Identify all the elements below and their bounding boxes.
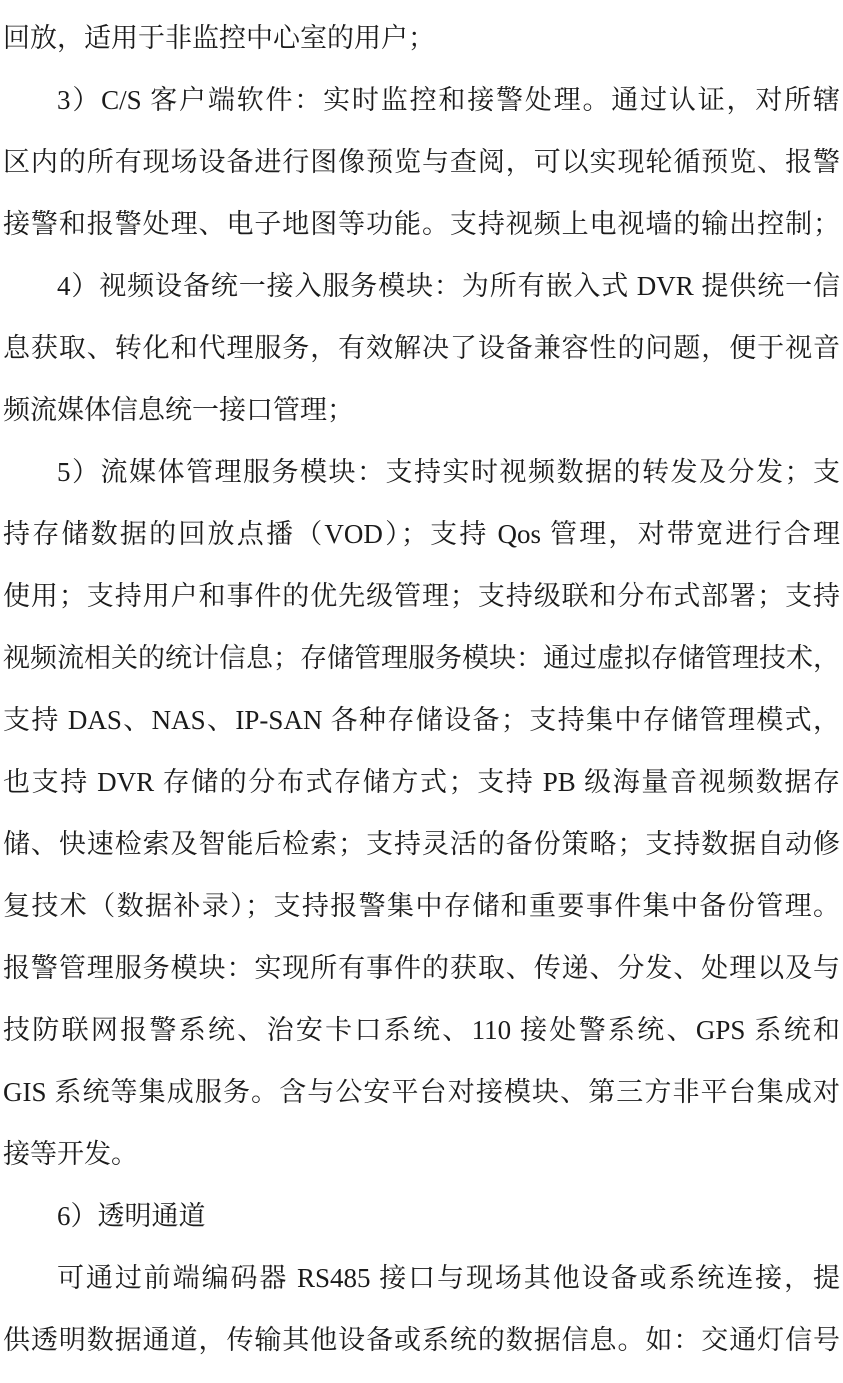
text-line: 接等开发。 <box>3 1123 840 1185</box>
text-line: 4）视频设备统一接入服务模块：为所有嵌入式 DVR 提供统一信 <box>3 255 840 317</box>
text-line: 频流媒体信息统一接口管理； <box>3 379 840 441</box>
text-line: 视频流相关的统计信息；存储管理服务模块：通过虚拟存储管理技术， <box>3 627 840 689</box>
text-line: 区内的所有现场设备进行图像预览与查阅，可以实现轮循预览、报警 <box>3 131 840 193</box>
paragraph: 可通过前端编码器 RS485 接口与现场其他设备或系统连接，提 供透明数据通道，… <box>3 1247 840 1371</box>
text-line: 接警和报警处理、电子地图等功能。支持视频上电视墙的输出控制； <box>3 193 840 255</box>
text-line: 使用；支持用户和事件的优先级管理；支持级联和分布式部署；支持 <box>3 565 840 627</box>
text-line: 储、快速检索及智能后检索；支持灵活的备份策略；支持数据自动修 <box>3 813 840 875</box>
paragraph: 5）流媒体管理服务模块：支持实时视频数据的转发及分发；支 持存储数据的回放点播（… <box>3 441 840 1185</box>
text-line: 可通过前端编码器 RS485 接口与现场其他设备或系统连接，提 <box>3 1247 840 1309</box>
text-line: 报警管理服务模块：实现所有事件的获取、传递、分发、处理以及与 <box>3 937 840 999</box>
text-line: 技防联网报警系统、治安卡口系统、110 接处警系统、GPS 系统和 <box>3 999 840 1061</box>
text-line: 6）透明通道 <box>3 1185 840 1247</box>
text-line: 也支持 DVR 存储的分布式存储方式；支持 PB 级海量音视频数据存 <box>3 751 840 813</box>
text-line: 支持 DAS、NAS、IP-SAN 各种存储设备；支持集中存储管理模式， <box>3 689 840 751</box>
paragraph: 6）透明通道 <box>3 1185 840 1247</box>
text-line: 5）流媒体管理服务模块：支持实时视频数据的转发及分发；支 <box>3 441 840 503</box>
paragraph: 回放，适用于非监控中心室的用户； <box>3 7 840 69</box>
paragraph: 3）C/S 客户端软件：实时监控和接警处理。通过认证，对所辖 区内的所有现场设备… <box>3 69 840 255</box>
paragraph: 4）视频设备统一接入服务模块：为所有嵌入式 DVR 提供统一信 息获取、转化和代… <box>3 255 840 441</box>
text-line: 供透明数据通道，传输其他设备或系统的数据信息。如：交通灯信号 <box>3 1309 840 1371</box>
text-line: 持存储数据的回放点播（VOD）；支持 Qos 管理，对带宽进行合理 <box>3 503 840 565</box>
text-line: 复技术（数据补录）；支持报警集中存储和重要事件集中备份管理。 <box>3 875 840 937</box>
text-line: 3）C/S 客户端软件：实时监控和接警处理。通过认证，对所辖 <box>3 69 840 131</box>
text-line: 回放，适用于非监控中心室的用户； <box>3 7 840 69</box>
text-line: GIS 系统等集成服务。含与公安平台对接模块、第三方非平台集成对 <box>3 1061 840 1123</box>
text-line: 息获取、转化和代理服务，有效解决了设备兼容性的问题，便于视音 <box>3 317 840 379</box>
document-page: 回放，适用于非监控中心室的用户； 3）C/S 客户端软件：实时监控和接警处理。通… <box>0 0 843 1383</box>
